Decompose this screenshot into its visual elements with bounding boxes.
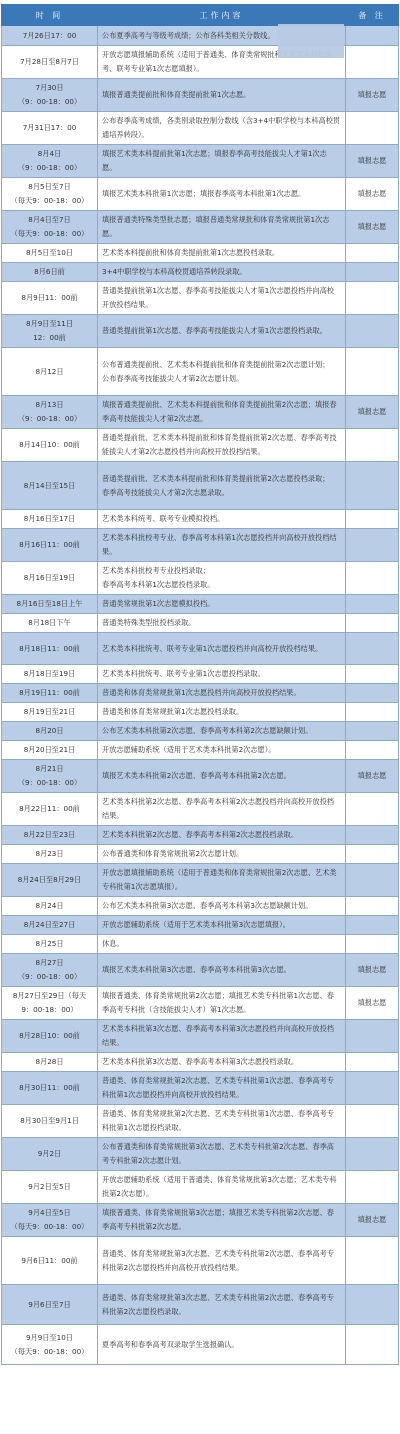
- table-row: 8月16日至17日艺术类本科统考、联考专业模拟投档。: [2, 510, 399, 529]
- row-content: 普通类提前批、艺术类本科提前批和体育类提前批第2次志愿、春季高考技能拔尖人才第2…: [98, 429, 346, 462]
- row-content: 艺术类本科批统考、联考专业第1次志愿投档录取。: [98, 665, 346, 684]
- table-row: 8月20日至21日开放志愿辅助系统（适用于艺术类本科批第2次志愿）。: [2, 741, 399, 760]
- row-note: 填报志愿: [346, 987, 399, 1020]
- row-note: [346, 282, 399, 315]
- row-time: 8月16日至18日上午: [2, 595, 98, 614]
- row-time: 8月21日（9：00-18：00）: [2, 760, 98, 793]
- row-note: [346, 916, 399, 935]
- row-note: [346, 722, 399, 741]
- row-note: [346, 46, 399, 79]
- row-note: [346, 510, 399, 529]
- row-content: 普通类、体育类常规批第3次志愿、艺术类专科批第2次志愿、春季高考专科批第2次志愿…: [98, 1237, 346, 1285]
- row-time: 8月14日至15日: [2, 462, 98, 510]
- row-time: 8月19日至21日: [2, 703, 98, 722]
- table-row: 8月21日（9：00-18：00）填报艺术类本科批第2次志愿、春季高考本科批第2…: [2, 760, 399, 793]
- table-row: 8月18日至19日艺术类本科批统考、联考专业第1次志愿投档录取。: [2, 665, 399, 684]
- row-time: 8月30日11：00前: [2, 1072, 98, 1105]
- row-note: [346, 935, 399, 954]
- table-row: 9月2日公布普通类和体育类常规批第3次志愿、艺术类专科批第2次志愿、春季高考专科…: [2, 1138, 399, 1171]
- table-row: 8月28日艺术类本科批第3次志愿、春季高考本科第3次志愿投档录取。: [2, 1053, 399, 1072]
- row-content: 艺术类本科批校考专业、春季高考本科第1次志愿投档并向高校开放投档结果。: [98, 529, 346, 562]
- row-note: [346, 614, 399, 633]
- row-content: 夏季高考和春季高考双录取学生选报确认。: [98, 1325, 346, 1365]
- row-content: 艺术类本科统考、联考专业模拟投档。: [98, 510, 346, 529]
- table-row: 8月9日至11日12：00前普通类提前批第1次志愿、春季高考技能拔尖人才第1次志…: [2, 315, 399, 348]
- table-row: 8月19日至21日普通类和体育类常规批第1次志愿投档录取。: [2, 703, 399, 722]
- row-content: 艺术类本科批第3次志愿、春季高考本科第3次志愿投档录取。: [98, 1053, 346, 1072]
- row-note: [346, 1053, 399, 1072]
- table-row: 8月19日11：00前普通类和体育类常规批第1次志愿投档并向高校开放投档结果。: [2, 684, 399, 703]
- table-row: 8月25日休息。: [2, 935, 399, 954]
- row-note: [346, 1285, 399, 1325]
- table-row: 8月13日（9：00-18：00）填报普通类提前批、艺术类本科提前批和体育类提前…: [2, 396, 399, 429]
- row-time: 8月18日11：00前: [2, 633, 98, 665]
- table-row: 7月30日（9：00-18：00）填报普通类提前批和体育类提前批第1次志愿。填报…: [2, 79, 399, 112]
- header-time: 时 间: [2, 5, 98, 26]
- row-time: 8月27日至29日（每天9：00-18：00）: [2, 987, 98, 1020]
- row-note: [346, 793, 399, 826]
- row-time: 8月22日11：00前: [2, 793, 98, 826]
- row-content: 普通类、体育类常规批第2次志愿、艺术类专科批第1次志愿、春季高考专科批第1次志愿…: [98, 1105, 346, 1138]
- row-time: 8月24日至8月29日: [2, 864, 98, 897]
- table-row: 8月23日公布普通类和体育类常规批第2次志愿计划。: [2, 845, 399, 864]
- schedule-container: 时 间 工作内容 备 注 7月26日17：00公布夏季高考与等级考成绩；公布各科…: [0, 0, 400, 1365]
- row-time: 8月5日至10日: [2, 244, 98, 263]
- row-note: [346, 1020, 399, 1053]
- row-note: 填报志愿: [346, 760, 399, 793]
- row-note: [346, 1325, 399, 1365]
- row-time: 8月13日（9：00-18：00）: [2, 396, 98, 429]
- row-content: 艺术类本科批统考、联考专业第1次志愿投档并向高校开放投档结果。: [98, 633, 346, 665]
- table-row: 8月18日下午普通类特殊类型批投档录取。: [2, 614, 399, 633]
- row-note: [346, 897, 399, 916]
- row-note: [346, 315, 399, 348]
- row-content: 普通类提前批、艺术类本科提前批和体育类提前批第2次志愿投档录取；春季高考技能拔尖…: [98, 462, 346, 510]
- table-row: 8月22日11：00前艺术类本科批第2次志愿、春季高考本科第2次志愿投档并向高校…: [2, 793, 399, 826]
- table-row: 8月22日至23日艺术类本科批第2次志愿、春季高考本科第2次志愿投档录取。: [2, 826, 399, 845]
- row-note: [346, 845, 399, 864]
- table-row: 8月16日至18日上午普通类常规批第1次志愿模拟投档。: [2, 595, 399, 614]
- table-row: 7月31日17：00公布春季高考成绩，各类别录取控制分数线（含3+4中职学校与本…: [2, 112, 399, 145]
- header-content: 工作内容: [98, 5, 346, 26]
- header-note: 备 注: [346, 5, 399, 26]
- table-row: 8月28日10：00前艺术类本科批第3次志愿、春季高考本科第3次志愿投档并向高校…: [2, 1020, 399, 1053]
- row-time: 9月2日至5日: [2, 1171, 98, 1204]
- row-note: 填报志愿: [346, 396, 399, 429]
- row-note: [346, 26, 399, 46]
- row-time: 8月9日11：00前: [2, 282, 98, 315]
- row-content: 艺术类本科批第2次志愿、春季高考本科第2次志愿投档并向高校开放投档结果。: [98, 793, 346, 826]
- row-time: 8月25日: [2, 935, 98, 954]
- row-content: 填报艺术类本科批第3次志愿、春季高考本科批第3次志愿。: [98, 954, 346, 987]
- row-content: 开放志愿填报辅助系统（适用于普通类和体育类常规批第2次志愿、艺术类专科批第1次志…: [98, 864, 346, 897]
- row-note: [346, 462, 399, 510]
- row-content: 休息。: [98, 935, 346, 954]
- row-time: 8月6日前: [2, 263, 98, 282]
- row-time: 8月23日: [2, 845, 98, 864]
- table-row: 9月2日至5日开放志愿辅助系统（适用于普通类、体育类常规批第3次志愿；艺术类专科…: [2, 1171, 399, 1204]
- row-time: 9月6日11：00前: [2, 1237, 98, 1285]
- row-content: 填报艺术类本科批第1次志愿；填报春季高考本科批第1次志愿。: [98, 178, 346, 211]
- row-content: 普通类提前批第1次志愿、春季高考技能拔尖人才第1次志愿投档并向高校开放投档结果。: [98, 282, 346, 315]
- row-content: 普通类特殊类型批投档录取。: [98, 614, 346, 633]
- row-content: 公布普通类和体育类常规批第3次志愿、艺术类专科批第2次志愿、春季高考专科批第2次…: [98, 1138, 346, 1171]
- row-content: 公布普通类提前批、艺术类本科提前批和体育类提前批第2次志愿计划；公布春季高考技能…: [98, 348, 346, 396]
- row-note: [346, 665, 399, 684]
- row-note: 填报志愿: [346, 79, 399, 112]
- row-content: 开放志愿辅助系统（适用于艺术类本科批第2次志愿）。: [98, 741, 346, 760]
- row-content: 填报普通类特殊类型批志愿；填报普通类常规批和体育类常规批第1次志愿。: [98, 211, 346, 244]
- row-content: 填报艺术类本科批第2次志愿、春季高考本科批第2次志愿。: [98, 760, 346, 793]
- table-row: 9月6日11：00前普通类、体育类常规批第3次志愿、艺术类专科批第2次志愿、春季…: [2, 1237, 399, 1285]
- row-content: 普通类、体育类常规批第3次志愿、艺术类专科批第2次志愿、春季高考专科批第2次志愿…: [98, 1285, 346, 1325]
- row-time: 8月5日至7日（每天9：00-18：00）: [2, 178, 98, 211]
- row-note: 填报志愿: [346, 145, 399, 178]
- row-note: [346, 684, 399, 703]
- row-time: 8月4日（9：00-18：00）: [2, 145, 98, 178]
- row-time: 8月19日11：00前: [2, 684, 98, 703]
- row-content: 普通类提前批第1次志愿、春季高考技能拔尖人才第1次志愿投档录取。: [98, 315, 346, 348]
- row-note: [346, 595, 399, 614]
- row-time: 7月30日（9：00-18：00）: [2, 79, 98, 112]
- row-note: 填报志愿: [346, 211, 399, 244]
- row-time: 7月31日17：00: [2, 112, 98, 145]
- row-content: 填报艺术类本科提前批第1次志愿；填报春季高考技能拔尖人才第1次志愿。: [98, 145, 346, 178]
- row-note: [346, 1171, 399, 1204]
- row-content: 填报普通类、体育类常规批第2次志愿；填报艺术类专科批第1次志愿、春季高考专科批（…: [98, 987, 346, 1020]
- table-row: 8月24日至8月29日开放志愿填报辅助系统（适用于普通类和体育类常规批第2次志愿…: [2, 864, 399, 897]
- table-row: 8月4日至7日（每天9：00-18：00）填报普通类特殊类型批志愿；填报普通类常…: [2, 211, 399, 244]
- row-time: 8月16日11：00前: [2, 529, 98, 562]
- table-row: 8月16日11：00前艺术类本科批校考专业、春季高考本科第1次志愿投档并向高校开…: [2, 529, 399, 562]
- row-time: 8月9日至11日12：00前: [2, 315, 98, 348]
- row-time: 8月24日: [2, 897, 98, 916]
- row-time: 9月6日至7日: [2, 1285, 98, 1325]
- row-time: 8月4日至7日（每天9：00-18：00）: [2, 211, 98, 244]
- row-time: 8月28日10：00前: [2, 1020, 98, 1053]
- table-row: 8月5日至7日（每天9：00-18：00）填报艺术类本科批第1次志愿；填报春季高…: [2, 178, 399, 211]
- row-time: 8月18日下午: [2, 614, 98, 633]
- row-content: 普通类和体育类常规批第1次志愿投档录取。: [98, 703, 346, 722]
- row-note: [346, 1237, 399, 1285]
- row-note: [346, 348, 399, 396]
- table-header-row: 时 间 工作内容 备 注: [2, 5, 399, 26]
- row-time: 8月16日至19日: [2, 562, 98, 595]
- row-time: 8月16日至17日: [2, 510, 98, 529]
- row-time: 8月20日至21日: [2, 741, 98, 760]
- table-row: 8月27日（9：00-18：00）填报艺术类本科批第3次志愿、春季高考本科批第3…: [2, 954, 399, 987]
- row-note: 填报志愿: [346, 1204, 399, 1237]
- table-row: 9月6日至7日普通类、体育类常规批第3次志愿、艺术类专科批第2次志愿、春季高考专…: [2, 1285, 399, 1325]
- table-row: 8月24日公布艺术类本科批第3次志愿、春季高考本科第3次志愿缺额计划。: [2, 897, 399, 916]
- row-note: [346, 529, 399, 562]
- table-row: 8月16日至19日艺术类本科批校考专业投档录取；春季高考本科第1次志愿投档录取。: [2, 562, 399, 595]
- row-content: 3+4中职学校与本科高校贯通培养转段录取。: [98, 263, 346, 282]
- table-row: 9月4日至5日（每天9：00-18：00）填报普通类、体育类常规批第3次志愿；填…: [2, 1204, 399, 1237]
- table-row: 8月30日至9月1日普通类、体育类常规批第2次志愿、艺术类专科批第1次志愿、春季…: [2, 1105, 399, 1138]
- table-row: 8月20日公布艺术类本科批第2次志愿、春季高考本科第2次志愿缺额计划。: [2, 722, 399, 741]
- row-time: 9月2日: [2, 1138, 98, 1171]
- row-content: 公布艺术类本科批第2次志愿、春季高考本科第2次志愿缺额计划。: [98, 722, 346, 741]
- table-row: 8月14日至15日普通类提前批、艺术类本科提前批和体育类提前批第2次志愿投档录取…: [2, 462, 399, 510]
- row-time: 8月14日10：00前: [2, 429, 98, 462]
- admission-schedule-table: 时 间 工作内容 备 注 7月26日17：00公布夏季高考与等级考成绩；公布各科…: [1, 4, 399, 1365]
- row-content: 填报普通类提前批和体育类提前批第1次志愿。: [98, 79, 346, 112]
- row-time: 9月4日至5日（每天9：00-18：00）: [2, 1204, 98, 1237]
- row-time: 9月9日至10日（每天9：00-18：00）: [2, 1325, 98, 1365]
- row-content: 开放志愿辅助系统（适用于普通类、体育类常规批第3次志愿；艺术类专科批第2次志愿）…: [98, 1171, 346, 1204]
- row-note: [346, 263, 399, 282]
- row-note: [346, 703, 399, 722]
- table-row: 8月5日至10日艺术类本科提前批和体育类提前批第1次志愿投档录取。: [2, 244, 399, 263]
- row-note: [346, 633, 399, 665]
- row-time: 8月18日至19日: [2, 665, 98, 684]
- row-content: 普通类常规批第1次志愿模拟投档。: [98, 595, 346, 614]
- table-row: 8月27日至29日（每天9：00-18：00）填报普通类、体育类常规批第2次志愿…: [2, 987, 399, 1020]
- table-row: 8月14日10：00前普通类提前批、艺术类本科提前批和体育类提前批第2次志愿、春…: [2, 429, 399, 462]
- row-time: 8月30日至9月1日: [2, 1105, 98, 1138]
- row-content: 艺术类本科批第3次志愿、春季高考本科第3次志愿投档并向高校开放投档结果。: [98, 1020, 346, 1053]
- row-content: 艺术类本科提前批和体育类提前批第1次志愿投档录取。: [98, 244, 346, 263]
- row-note: [346, 112, 399, 145]
- row-time: 8月27日（9：00-18：00）: [2, 954, 98, 987]
- row-content: 艺术类本科批第2次志愿、春季高考本科第2次志愿投档录取。: [98, 826, 346, 845]
- table-row: 8月24日至27日开放志愿辅助系统（适用于艺术类本科批第3次志愿填报）。: [2, 916, 399, 935]
- row-note: [346, 562, 399, 595]
- row-content: 填报普通类提前批、艺术类本科提前批和体育类提前批第2次志愿；填报春季高考技能拔尖…: [98, 396, 346, 429]
- row-time: 8月20日: [2, 722, 98, 741]
- row-note: 填报志愿: [346, 178, 399, 211]
- table-body: 7月26日17：00公布夏季高考与等级考成绩；公布各科类相关分数线。7月28日至…: [2, 26, 399, 1365]
- row-note: [346, 741, 399, 760]
- row-content: 填报普通类、体育类常规批第3次志愿；填报艺术类专科批第2次志愿、春季高考专科批第…: [98, 1204, 346, 1237]
- row-content: 开放志愿辅助系统（适用于艺术类本科批第3次志愿填报）。: [98, 916, 346, 935]
- row-note: [346, 1105, 399, 1138]
- row-note: [346, 864, 399, 897]
- row-note: [346, 429, 399, 462]
- row-note: [346, 1138, 399, 1171]
- row-note: [346, 1072, 399, 1105]
- row-content: 普通类和体育类常规批第1次志愿投档并向高校开放投档结果。: [98, 684, 346, 703]
- row-time: 8月22日至23日: [2, 826, 98, 845]
- row-content: 公布普通类和体育类常规批第2次志愿计划。: [98, 845, 346, 864]
- row-time: 8月24日至27日: [2, 916, 98, 935]
- row-content: 公布艺术类本科批第3次志愿、春季高考本科第3次志愿缺额计划。: [98, 897, 346, 916]
- table-row: 8月30日11：00前普通类、体育类常规批第2次志愿、艺术类专科批第1次志愿、春…: [2, 1072, 399, 1105]
- row-time: 8月28日: [2, 1053, 98, 1072]
- table-row: 9月9日至10日（每天9：00-18：00）夏季高考和春季高考双录取学生选报确认…: [2, 1325, 399, 1365]
- row-content: 公布春季高考成绩，各类别录取控制分数线（含3+4中职学校与本科高校贯通培养转段）…: [98, 112, 346, 145]
- table-row: 8月6日前3+4中职学校与本科高校贯通培养转段录取。: [2, 263, 399, 282]
- popup-overlay: [278, 24, 344, 58]
- row-content: 艺术类本科批校考专业投档录取；春季高考本科第1次志愿投档录取。: [98, 562, 346, 595]
- table-row: 8月9日11：00前普通类提前批第1次志愿、春季高考技能拔尖人才第1次志愿投档并…: [2, 282, 399, 315]
- row-note: 填报志愿: [346, 954, 399, 987]
- row-note: [346, 244, 399, 263]
- table-row: 8月4日（9：00-18：00）填报艺术类本科提前批第1次志愿；填报春季高考技能…: [2, 145, 399, 178]
- table-row: 8月12日公布普通类提前批、艺术类本科提前批和体育类提前批第2次志愿计划；公布春…: [2, 348, 399, 396]
- row-content: 普通类、体育类常规批第2次志愿、艺术类专科批第1次志愿、春季高考专科批第1次志愿…: [98, 1072, 346, 1105]
- row-time: 8月12日: [2, 348, 98, 396]
- row-note: [346, 826, 399, 845]
- row-time: 7月26日17：00: [2, 26, 98, 46]
- row-time: 7月28日至8月7日: [2, 46, 98, 79]
- table-row: 8月18日11：00前艺术类本科批统考、联考专业第1次志愿投档并向高校开放投档结…: [2, 633, 399, 665]
